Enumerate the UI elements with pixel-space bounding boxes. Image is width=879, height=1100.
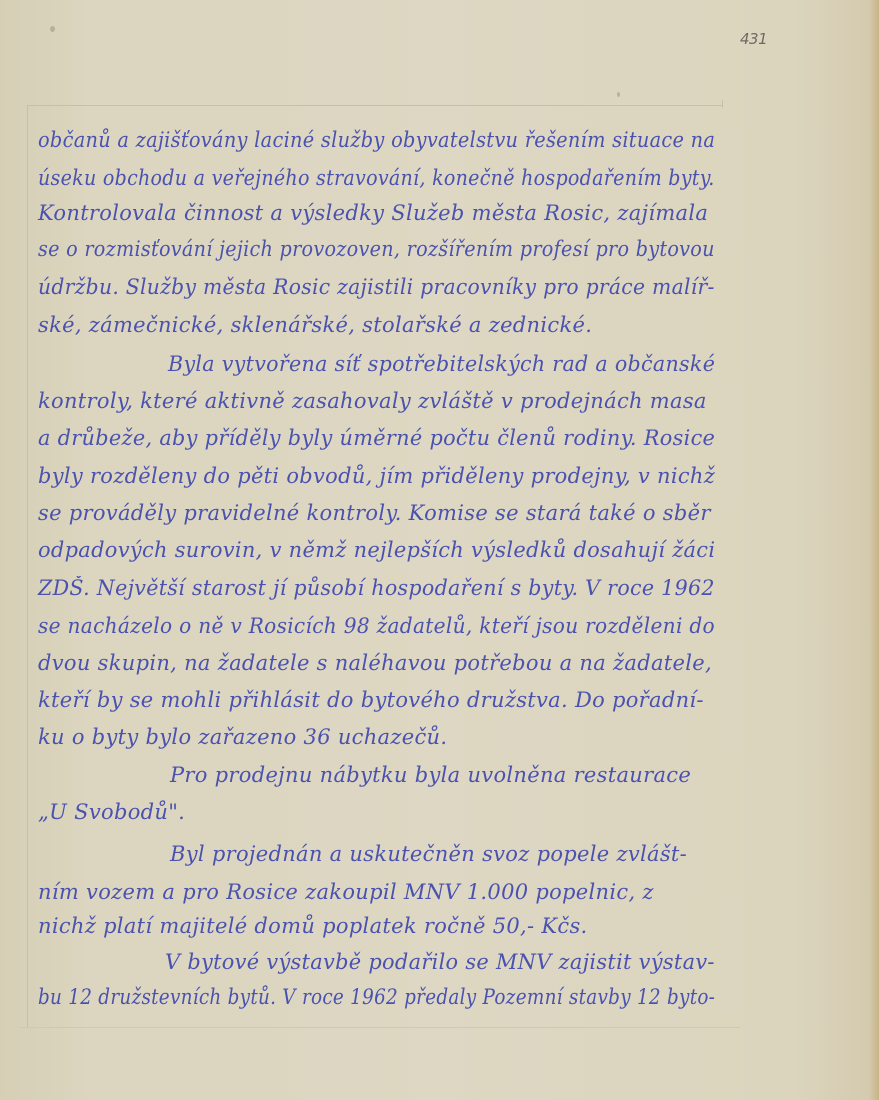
text-line: V bytové výstavbě podařilo se MNV zajist…	[165, 950, 715, 974]
text-line: byly rozděleny do pěti obvodů, jím přidě…	[38, 464, 715, 488]
chronicle-page: 431 občanů a zajišťovány laciné služby o…	[0, 0, 879, 1100]
text-line: ZDŠ. Největší starost jí působí hospodař…	[38, 576, 715, 600]
text-line: Byla vytvořena síť spotřebitelských rad …	[168, 352, 715, 376]
text-line: údržbu. Služby města Rosic zajistili pra…	[38, 275, 715, 299]
text-line: Byl projednán a uskutečněn svoz popele z…	[170, 842, 687, 866]
handwritten-text: občanů a zajišťovány laciné služby obyva…	[0, 0, 879, 1100]
text-line: kontroly, které aktivně zasahovaly zvláš…	[38, 389, 707, 413]
text-line: se prováděly pravidelné kontroly. Komise…	[38, 501, 711, 525]
text-line: bu 12 družstevních bytů. V roce 1962 pře…	[38, 985, 715, 1009]
text-line: úseku obchodu a veřejného stravování, ko…	[38, 166, 715, 190]
text-line: odpadových surovin, v němž nejlepších vý…	[38, 538, 715, 562]
text-line: občanů a zajišťovány laciné služby obyva…	[38, 128, 715, 152]
text-line: ku o byty bylo zařazeno 36 uchazečů.	[38, 725, 447, 749]
text-line: a drůbeže, aby příděly byly úměrné počtu…	[38, 426, 715, 450]
text-line: Kontrolovala činnost a výsledky Služeb m…	[38, 201, 708, 225]
text-line: dvou skupin, na žadatele s naléhavou pot…	[38, 651, 712, 675]
text-line: Pro prodejnu nábytku byla uvolněna resta…	[170, 763, 691, 787]
text-line: nichž platí majitelé domů poplatek ročně…	[38, 914, 588, 938]
text-line: se o rozmisťování jejich provozoven, roz…	[38, 237, 715, 261]
text-line: ním vozem a pro Rosice zakoupil MNV 1.00…	[38, 880, 654, 904]
text-line: kteří by se mohli přihlásit do bytového …	[38, 688, 704, 712]
text-line: ské, zámečnické, sklenářské, stolařské a…	[38, 313, 592, 337]
text-line: se nacházelo o ně v Rosicích 98 žadatelů…	[38, 614, 715, 638]
text-line: „U Svobodů".	[38, 800, 185, 824]
